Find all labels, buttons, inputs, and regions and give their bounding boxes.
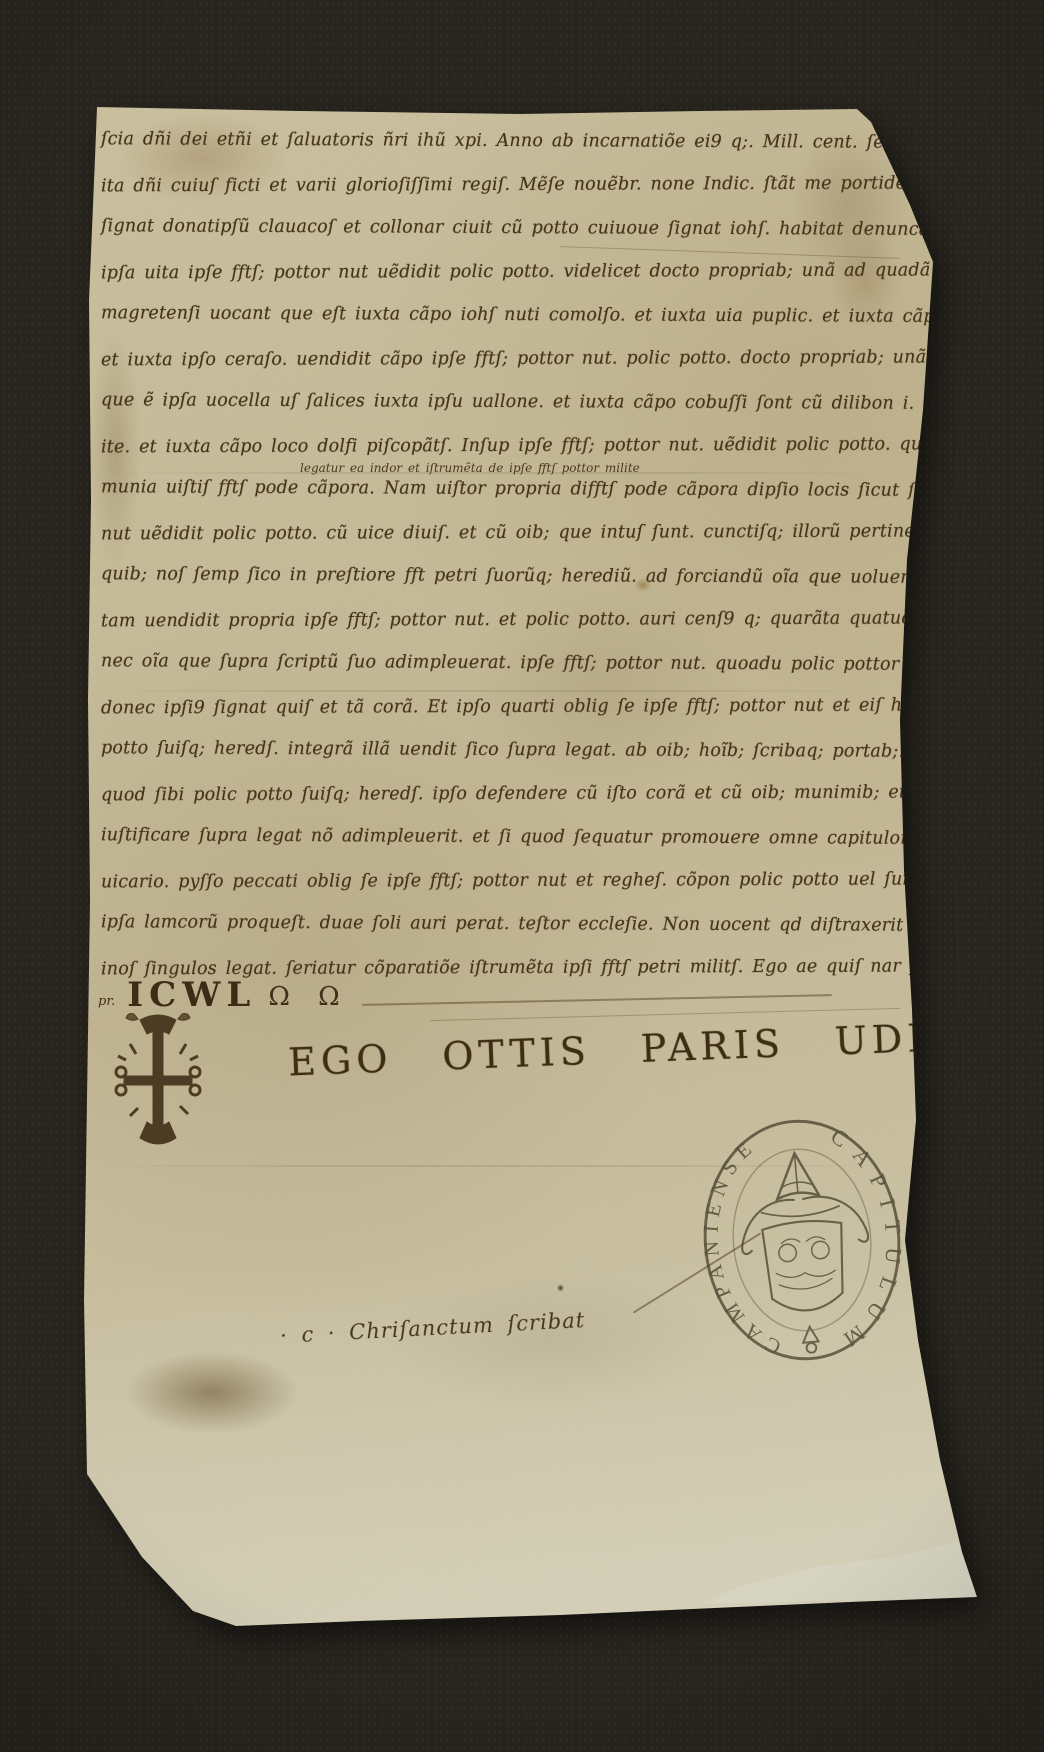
- manuscript-line: ſignat donatipſũ clauacoſ et collonar ci…: [101, 216, 897, 240]
- omega-flourishes: Ω Ω: [268, 984, 349, 1010]
- manuscript-line: donec ipſi9 ſignat quiſ et tã corã. Et i…: [101, 696, 897, 719]
- stain-bottom-left: [92, 1335, 332, 1450]
- subscription-word: CW: [1038, 1012, 1044, 1053]
- ink-speck: [556, 1283, 565, 1293]
- manuscript-line: nec oĩa que ſupra ſcriptũ ſuo adimpleuer…: [101, 651, 897, 675]
- notary-monogram: ICWL: [127, 978, 256, 1012]
- subscription-word: UDEX.: [834, 1017, 990, 1061]
- stain-center: [410, 540, 790, 840]
- hairline-scratch: [430, 1008, 900, 1021]
- manuscript-line: uicario. pyſſo peccati oblig ſe ipſe fft…: [101, 870, 897, 893]
- manuscript-line: tam uendidit propria ipſe fftſ; pottor n…: [101, 609, 897, 632]
- manuscript-line: nut uẽdidit polic potto. cũ uice diuiſ. …: [101, 522, 897, 545]
- manuscript-line: ipſa lamcorũ proqueſt. duae ſoli auri pe…: [101, 912, 897, 936]
- parchment-sheet: ſcia dñi dei etñi et ſaluatoris ñri ihũ …: [0, 0, 1044, 1752]
- stain-top-left: [88, 98, 318, 218]
- manuscript-line: quib; noſ ſemp ſico in preſtiore fft pet…: [101, 564, 897, 588]
- subscription-word: PARIS: [640, 1024, 786, 1068]
- manuscript-line: ipſa uita ipſe fftſ; pottor nut uẽdidit …: [101, 261, 897, 284]
- crease-line: [95, 690, 885, 692]
- stain-top-right: [770, 100, 930, 310]
- hairline-scratch: [560, 246, 900, 259]
- manuscript-line: ſcia dñi dei etñi et ſaluatoris ñri ihũ …: [101, 129, 897, 153]
- stamp-legend-left: CAMPANIENSE: [689, 1130, 786, 1365]
- manuscript-line: ite. et iuxta cãpo loco dolfi piſcopãtſ.…: [101, 435, 897, 458]
- manuscript-line: magretenſi uocant que eſt iuxta cãpo ioh…: [101, 303, 897, 327]
- manuscript-line: que ẽ ipſa uocella uſ ſalices iuxta ipſu…: [101, 390, 897, 414]
- manuscript-line: et iuxta ipſo ceraſo. uendidit cãpo ipſe…: [101, 348, 897, 371]
- stain-lower-center: [340, 1250, 760, 1430]
- judge-subscription: EGO OTTIS PARIS UDEX. CW: [287, 1020, 888, 1081]
- manuscript-line: potto ſuiſq; heredſ. integrã illã uendit…: [101, 738, 897, 762]
- ruled-flourish-line: [362, 994, 832, 1006]
- manuscript-line: inoſ ſingulos legat. ſeriatur cõparatiõe…: [101, 957, 897, 980]
- crease-line: [95, 1165, 885, 1167]
- pen-flourish: [633, 1232, 761, 1313]
- wax-spot: [632, 576, 654, 594]
- subscription-word: EGO: [287, 1040, 393, 1082]
- stain-mid-right: [815, 215, 915, 345]
- parchment-shadow: ſcia dñi dei etñi et ſaluatoris ñri ihũ …: [0, 0, 1044, 1752]
- parchment-folded-edge: [0, 0, 1044, 1752]
- closing-prefix: pr.: [98, 995, 115, 1008]
- subscription-word: OTTIS: [442, 1032, 592, 1076]
- manuscript-line: ita dñi cuiuſ ficti et varii glorioſiſſi…: [101, 174, 897, 197]
- manuscript-line: munia uiſtiſ fftſ pode cãpora. Nam uiſto…: [101, 477, 897, 501]
- interlinear-addition: legatur ea indor et iſtrumẽta de ipſe ff…: [300, 462, 780, 474]
- photo-backdrop: ſcia dñi dei etñi et ſaluatoris ñri ihũ …: [0, 0, 1044, 1752]
- manuscript-line: quod ſibi polic potto ſuiſq; heredſ. ipſ…: [101, 783, 897, 806]
- notarial-cross-icon: [110, 1004, 206, 1154]
- notary-closing-row: pr. ICWL Ω Ω: [98, 978, 832, 1012]
- stain-left-margin: [80, 290, 150, 610]
- crease-line: [95, 472, 885, 474]
- capitular-ink-stamp: CAPITULUM CAMPANIENSE: [675, 1094, 930, 1385]
- chancery-note: · c · Chriſanctum ſcribat: [280, 1310, 586, 1347]
- manuscript-line: iuſtificare ſupra legat nõ adimpleuerit.…: [101, 825, 897, 849]
- stamp-legend-right: CAPITULUM: [810, 1118, 916, 1360]
